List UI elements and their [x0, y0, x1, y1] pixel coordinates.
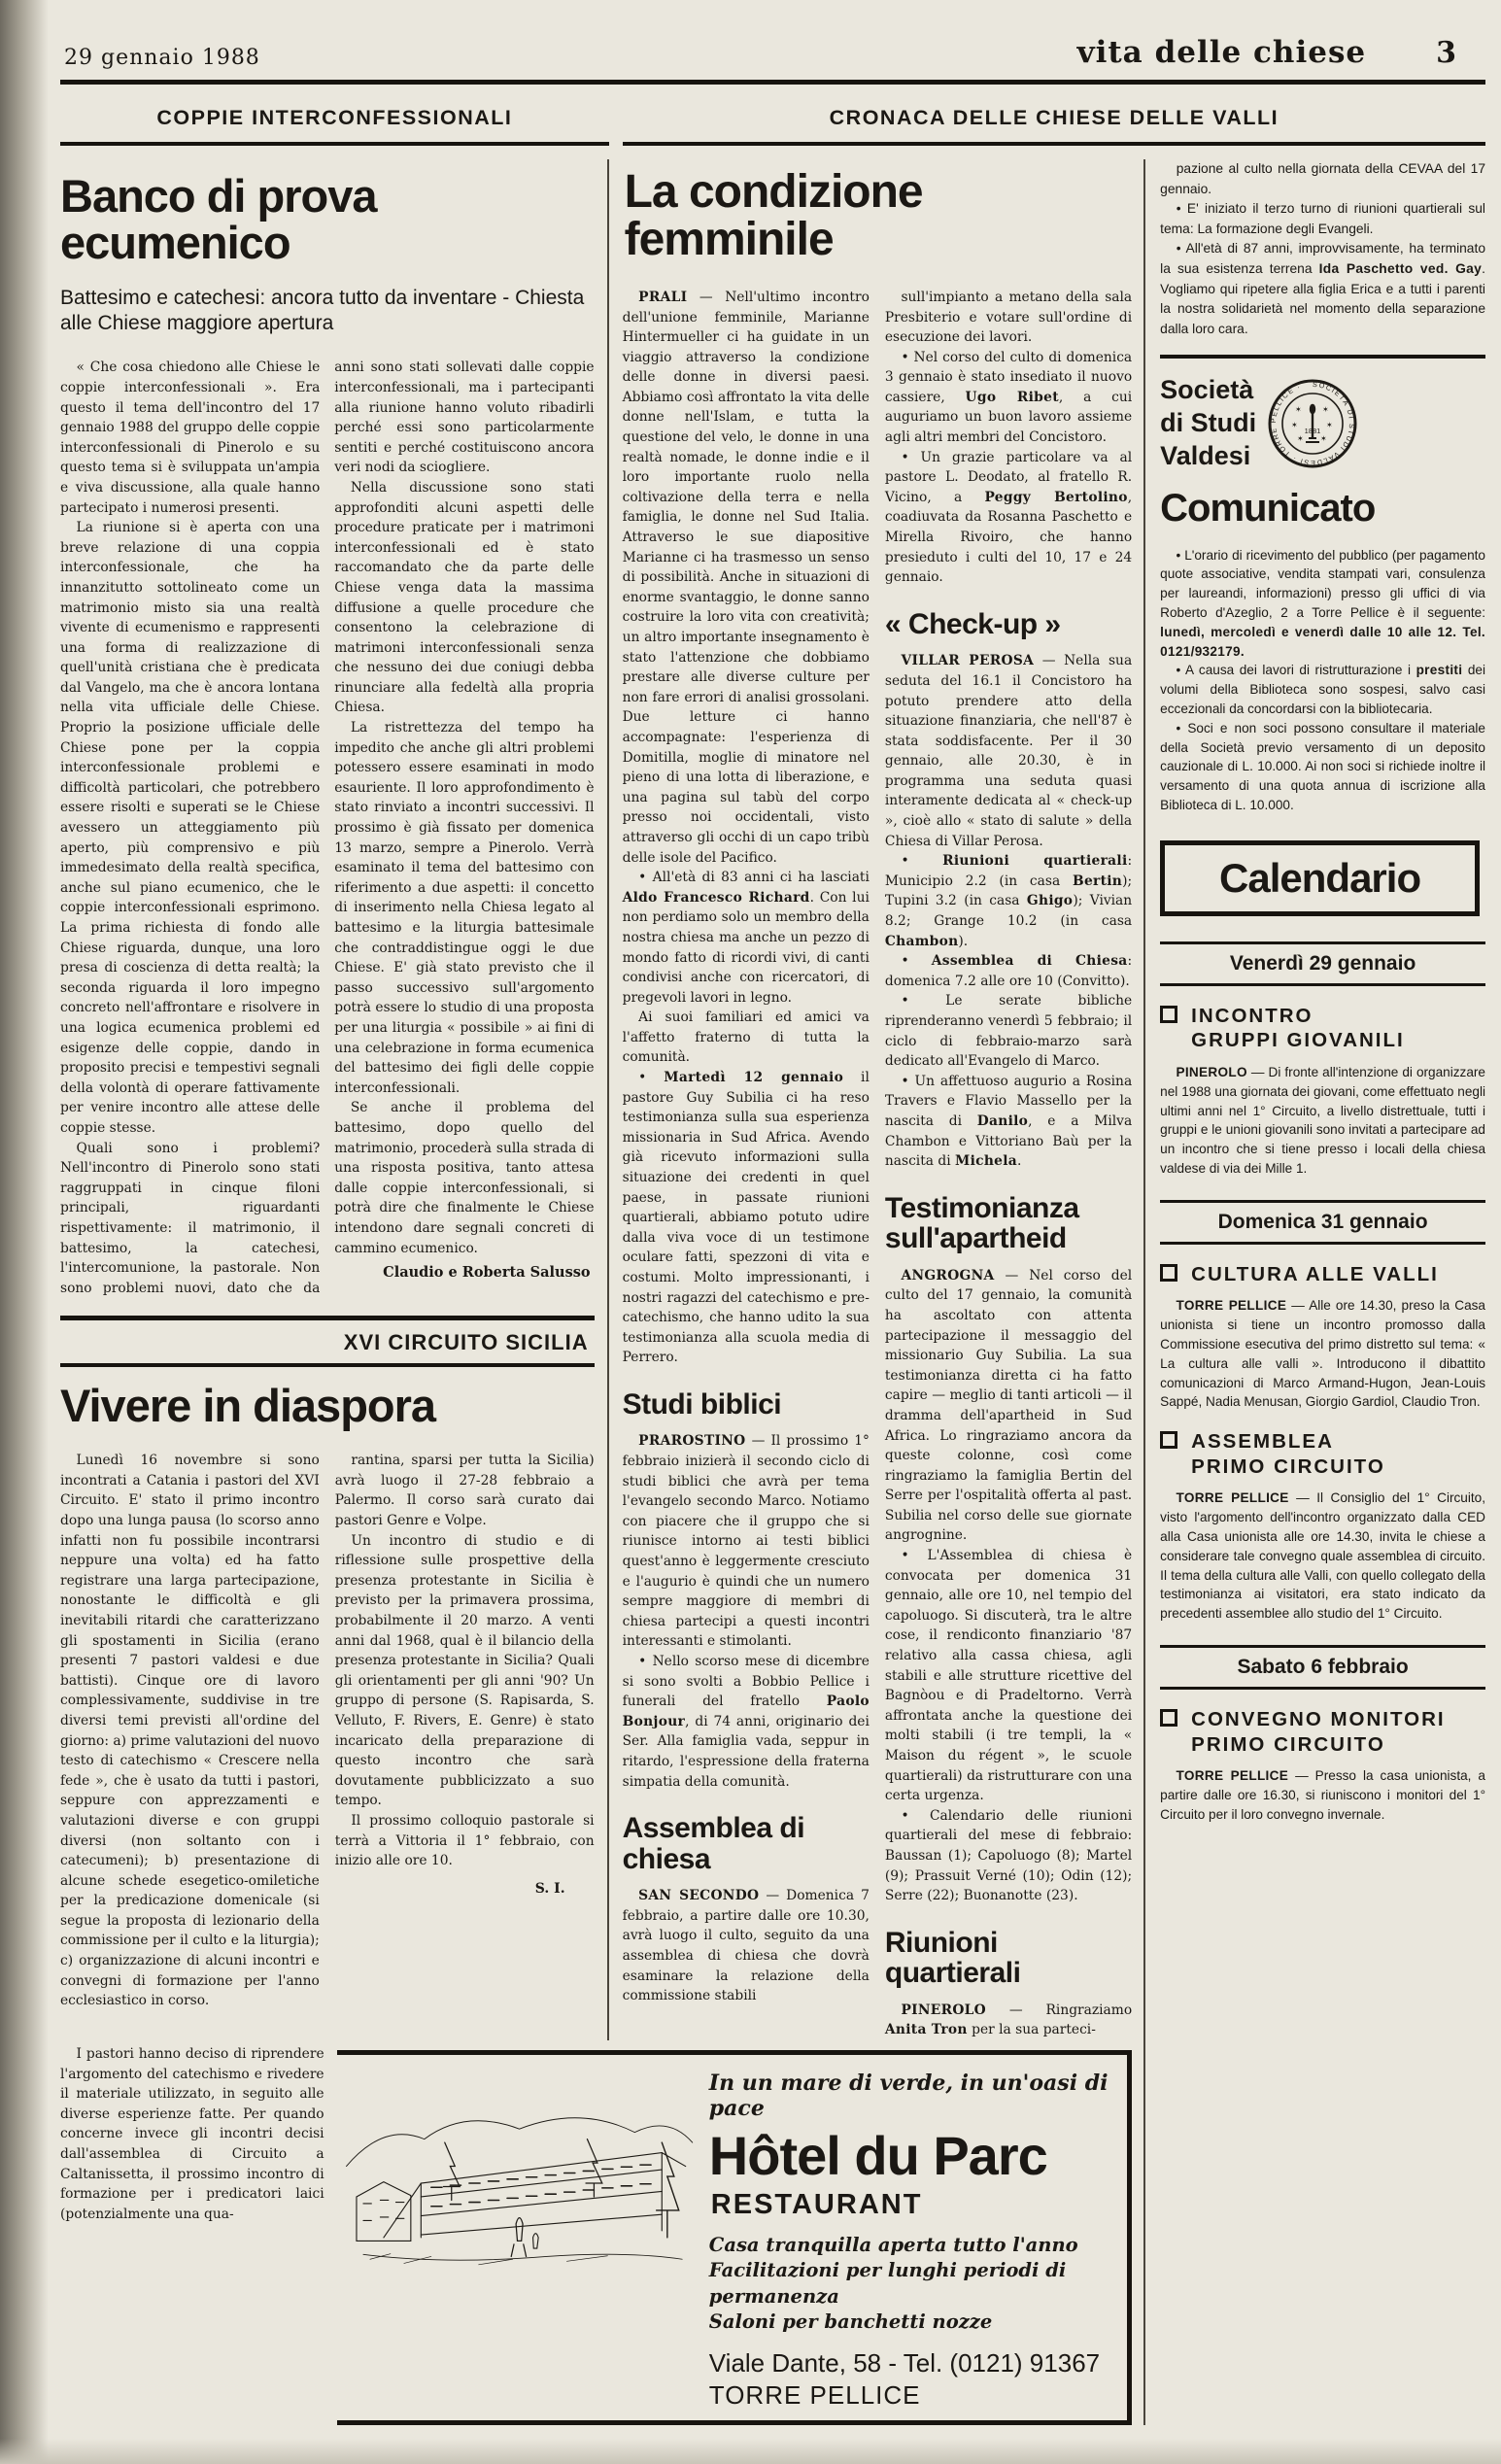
byline: Claudio e Roberta Salusso	[334, 1264, 594, 1281]
sidebar: pazione al culto nella giornata della CE…	[1143, 159, 1485, 2425]
svg-text:✶: ✶	[1326, 421, 1333, 429]
article-paragraph: SAN SECONDO — Domenica 7 febbraio, a par…	[623, 1886, 870, 2006]
issue-date: 29 gennaio 1988	[64, 46, 260, 70]
condizione-column-1: PRALI — Nell'ultimo incontro dell'unione…	[623, 288, 877, 2040]
article-paragraph: • Un affettuoso augurio a Rosina Travers…	[885, 1072, 1132, 1172]
calendar-item-label: CONVEGNO MONITORI PRIMO CIRCUITO	[1191, 1707, 1445, 1757]
square-bullet-icon	[1160, 1709, 1177, 1727]
article-paragraph: • E' iniziato il terzo turno di riunioni…	[1160, 199, 1485, 239]
article-paragraph: PRALI — Nell'ultimo incontro dell'unione…	[623, 288, 870, 868]
banco-headline: Banco di prova ecumenico	[60, 173, 595, 266]
society-block: Società di Studi Valdesi SOCIETÀ DI STUD…	[1160, 374, 1485, 472]
article-paragraph: TORRE PELLICE — Presso la casa unionista…	[1160, 1766, 1485, 1824]
sicilia-kicker: XVI CIRCUITO SICILIA	[344, 1330, 589, 1354]
comunicato-body: • L'orario di ricevimento del pubblico (…	[1160, 546, 1485, 815]
condizione-body: PRALI — Nell'ultimo incontro dell'unione…	[623, 288, 1133, 2040]
svg-text:✶: ✶	[1291, 421, 1298, 429]
article-paragraph: PINEROLO — Di fronte all'intenzione di o…	[1160, 1063, 1485, 1179]
square-bullet-icon	[1160, 1264, 1177, 1282]
article-paragraph: • Soci e non soci possono consultare il …	[1160, 719, 1485, 815]
article-paragraph: Nella discussione sono stati approfondit…	[334, 478, 594, 718]
ad-feature-line: Saloni per banchetti nozze	[709, 2310, 1109, 2335]
kicker-right: CRONACA DELLE CHIESE DELLE VALLI	[623, 85, 1485, 146]
article-paragraph: • L'orario di ricevimento del pubblico (…	[1160, 546, 1485, 662]
article-paragraph: ANGROGNA — Nel corso del culto del 17 ge…	[885, 1266, 1132, 1546]
calendar-date-band: Sabato 6 febbraio	[1160, 1645, 1485, 1690]
hotel-sketch	[343, 2069, 696, 2411]
condizione-headline: La condizione femminile	[625, 169, 1133, 264]
kicker-band: COPPIE INTERCONFESSIONALI CRONACA DELLE …	[60, 85, 1485, 146]
article-paragraph: VILLAR PEROSA — Nella sua seduta del 16.…	[885, 651, 1132, 851]
article-paragraph: • Nello scorso mese di dicembre si sono …	[623, 1652, 870, 1792]
calendar-item-title: CONVEGNO MONITORI PRIMO CIRCUITO	[1160, 1707, 1485, 1757]
article-paragraph: • L'Assemblea di chiesa è convocata per …	[885, 1546, 1132, 1806]
vivere-column-1: Lunedì 16 novembre si sono incontrati a …	[60, 1451, 327, 2011]
calendar-date-band: Domenica 31 gennaio	[1160, 1200, 1485, 1245]
svg-text:✶: ✶	[1295, 405, 1302, 414]
section-masthead: vita delle chiese	[1077, 35, 1367, 70]
vivere-body: Lunedì 16 novembre si sono incontrati a …	[60, 1451, 595, 2011]
article-paragraph: • All'età di 87 anni, improvvisamente, h…	[1160, 239, 1485, 339]
square-bullet-icon	[1160, 1006, 1177, 1023]
section-heading: « Check-up »	[885, 609, 1132, 640]
article-paragraph: pazione al culto nella giornata della CE…	[1160, 159, 1485, 199]
vivere-headline: Vivere in diaspora	[60, 1383, 595, 1429]
svg-text:✶: ✶	[1322, 405, 1329, 414]
article-paragraph: sull'impianto a metano della sala Presbi…	[885, 288, 1132, 348]
section-heading: Testimonianza sull'apartheid	[885, 1193, 1132, 1254]
divider-rule	[1160, 355, 1485, 359]
ad-feature-line: Facilitazioni per lunghi periodi di perm…	[709, 2258, 1109, 2310]
article-paragraph: • A causa dei lavori di ristrutturazione…	[1160, 661, 1485, 718]
ad-address: Viale Dante, 58 - Tel. (0121) 91367	[709, 2348, 1109, 2378]
kicker-left: COPPIE INTERCONFESSIONALI	[60, 85, 609, 146]
vivere-column-1-continuation: I pastori hanno deciso di riprendere l'a…	[60, 2044, 337, 2425]
article-paragraph: • Assemblea di Chiesa: domenica 7.2 alle…	[885, 951, 1132, 991]
calendar-item-title: CULTURA ALLE VALLI	[1160, 1262, 1485, 1287]
section-heading: Assemblea di chiesa	[623, 1813, 870, 1874]
page-number: 3	[1436, 36, 1456, 70]
banco-subtitle: Battesimo e catechesi: ancora tutto da i…	[60, 286, 595, 337]
article-paragraph: PRAROSTINO — Il prossimo 1° febbraio ini…	[623, 1431, 870, 1652]
ad-tagline: In un mare di verde, in un'oasi di pace	[709, 2070, 1109, 2121]
societa-studi-valdesi-seal-icon: SOCIETÀ DI STUDI VALDESI · TORRE PELLICE…	[1266, 377, 1359, 470]
article-paragraph: • Nel corso del culto di domenica 3 genn…	[885, 348, 1132, 448]
calendario-title-box: Calendario	[1160, 840, 1480, 916]
calendar-date-band: Venerdì 29 gennaio	[1160, 941, 1485, 986]
svg-text:✶: ✶	[1320, 434, 1327, 443]
comunicato-title: Comunicato	[1160, 487, 1485, 530]
sicilia-kicker-band: XVI CIRCUITO SICILIA	[60, 1316, 595, 1367]
article-paragraph: • All'età di 83 anni ci ha lasciati Aldo…	[623, 868, 870, 1008]
section-heading: Riunioni quartierali	[885, 1928, 1132, 1989]
article-paragraph: I pastori hanno deciso di riprendere l'a…	[60, 2044, 324, 2224]
calendar-item-label: INCONTRO GRUPPI GIOVANILI	[1191, 1004, 1405, 1053]
page-header: 29 gennaio 1988 vita delle chiese 3	[60, 29, 1485, 80]
article-paragraph: Il prossimo colloquio pastorale si terrà…	[335, 1811, 595, 1871]
society-title: Società di Studi Valdesi	[1160, 374, 1256, 472]
hotel-name: Hôtel du Parc	[709, 2129, 1109, 2183]
article-paragraph: rantina, sparsi per tutta la Sicilia) av…	[335, 1451, 595, 1530]
hotel-ad: In un mare di verde, in un'oasi di pace …	[337, 2050, 1133, 2425]
newspaper-page: 29 gennaio 1988 vita delle chiese 3 COPP…	[0, 0, 1501, 2464]
banco-body: « Che cosa chiedono alle Chiese le coppi…	[60, 358, 595, 1298]
article-paragraph: • Riunioni quartierali: Municipio 2.2 (i…	[885, 851, 1132, 951]
article-paragraph: Lunedì 16 novembre si sono incontrati a …	[60, 1451, 320, 2011]
condizione-column-2: sull'impianto a metano della sala Presbi…	[877, 288, 1132, 2040]
calendar-item-title: ASSEMBLEA PRIMO CIRCUITO	[1160, 1429, 1485, 1479]
article-paragraph: La ristrettezza del tempo ha impedito ch…	[334, 718, 594, 1098]
square-bullet-icon	[1160, 1431, 1177, 1449]
article-paragraph: • Martedì 12 gennaio il pastore Guy Subi…	[623, 1068, 870, 1368]
vivere-column-2: rantina, sparsi per tutta la Sicilia) av…	[327, 1451, 595, 2011]
article-paragraph: La riunione si è aperta con una breve re…	[60, 518, 320, 1138]
prali-continuation: pazione al culto nella giornata della CE…	[1160, 159, 1485, 339]
calendario-body: Venerdì 29 gennaioINCONTRO GRUPPI GIOVAN…	[1160, 941, 1485, 1825]
calendar-item-title: INCONTRO GRUPPI GIOVANILI	[1160, 1004, 1485, 1053]
article-paragraph: Un incontro di studio e di riflessione s…	[335, 1531, 595, 1811]
svg-text:1881: 1881	[1305, 427, 1321, 435]
article-paragraph: PINEROLO — Ringraziamo Anita Tron per la…	[885, 2001, 1132, 2040]
article-paragraph: • Un grazie particolare va al pastore L.…	[885, 448, 1132, 588]
article-paragraph: Ai suoi familiari ed amici va l'affetto …	[623, 1008, 870, 1068]
article-paragraph: • Le serate bibliche riprenderanno vener…	[885, 991, 1132, 1071]
article-paragraph: Se anche il problema del battesimo, dopo…	[334, 1098, 594, 1258]
calendar-item-label: CULTURA ALLE VALLI	[1191, 1262, 1439, 1287]
calendar-item-label: ASSEMBLEA PRIMO CIRCUITO	[1191, 1429, 1385, 1479]
condizione-article: La condizione femminile PRALI — Nell'ult…	[607, 159, 1133, 2040]
section-heading: Studi biblici	[623, 1389, 870, 1420]
article-paragraph: TORRE PELLICE — Alle ore 14.30, preso la…	[1160, 1296, 1485, 1412]
article-paragraph: TORRE PELLICE — Il Consiglio del 1° Circ…	[1160, 1489, 1485, 1624]
article-paragraph: • Calendario delle riunioni quartierali …	[885, 1806, 1132, 1906]
svg-text:✶: ✶	[1297, 434, 1304, 443]
ad-restaurant-label: RESTAURANT	[711, 2189, 1109, 2221]
signature: S. I.	[335, 1881, 595, 1897]
ad-feature-line: Casa tranquilla aperta tutto l'anno	[709, 2233, 1109, 2258]
banco-article: Banco di prova ecumenico Battesimo e cat…	[60, 159, 607, 2040]
ad-city: TORRE PELLICE	[709, 2380, 1109, 2411]
article-paragraph: « Che cosa chiedono alle Chiese le coppi…	[60, 358, 320, 518]
